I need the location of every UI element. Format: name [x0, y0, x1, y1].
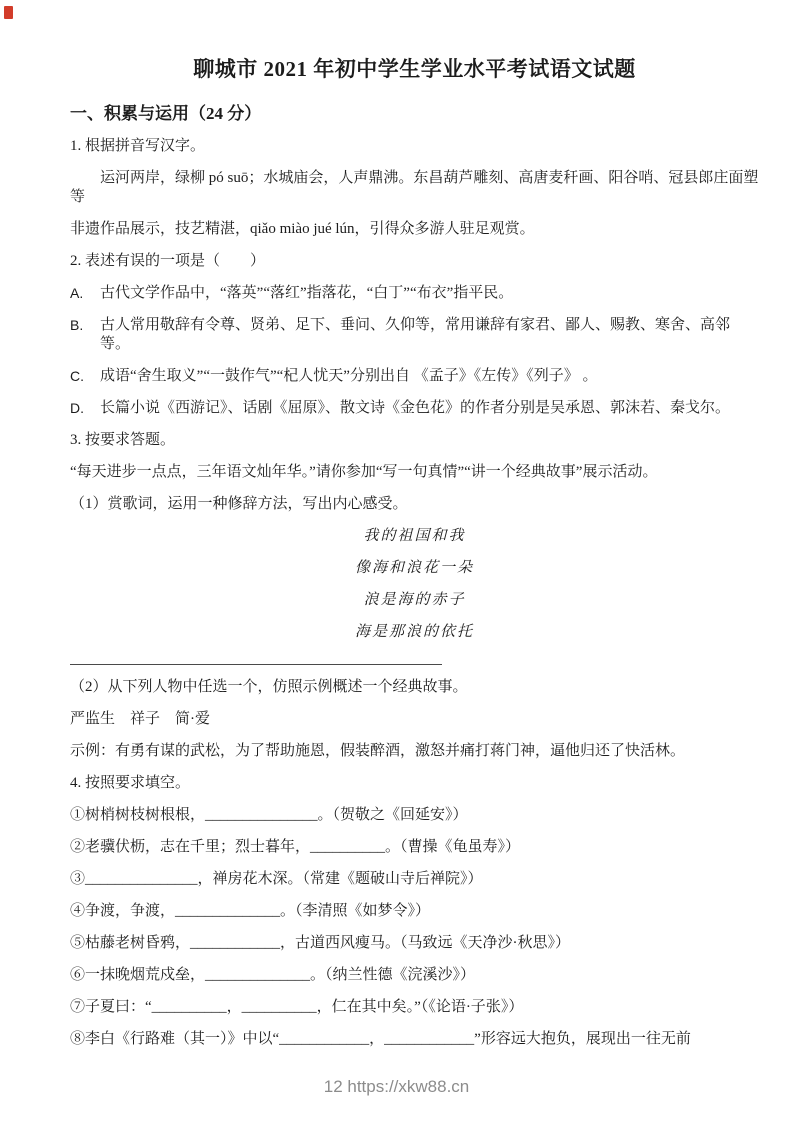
question-3-sub2: （2）从下列人物中任选一个，仿照示例概述一个经典故事。 — [70, 678, 759, 697]
page-title: 聊城市 2021 年初中学生学业水平考试语文试题 — [70, 56, 759, 82]
option-letter: C. — [70, 367, 100, 386]
question-4-item-3: ③_______________，禅房花木深。（常建《题破山寺后禅院》） — [70, 870, 759, 889]
question-4-item-5: ⑤枯藤老树昏鸦，____________，古道西风瘦马。（马致远《天净沙·秋思》… — [70, 934, 759, 953]
question-4-label: 4. 按照要求填空。 — [70, 774, 759, 793]
section-heading: 一、积累与运用（24 分） — [70, 103, 759, 124]
question-3-label: 3. 按要求答题。 — [70, 431, 759, 450]
question-4-item-8: ⑧李白《行路难（其一）》中以“____________，____________… — [70, 1030, 759, 1049]
option-text: 成语“舍生取义”“一鼓作气”“杞人忧天”分别出自 《孟子》《左传》《列子》 。 — [100, 367, 759, 386]
option-letter: A. — [70, 284, 100, 303]
answer-line — [70, 664, 442, 665]
question-3-example: 示例：有勇有谋的武松，为了帮助施恩，假装醉酒，激怒并痛打蒋门神，逼他归还了快活林… — [70, 742, 759, 761]
poem-line: 海是那浪的依托 — [70, 623, 759, 642]
question-4-item-7: ⑦子夏曰：“__________，__________，仁在其中矣。”（《论语·… — [70, 998, 759, 1017]
page-footer: 12 https://xkw88.cn — [0, 1077, 793, 1097]
question-2-option-d: D. 长篇小说《西游记》、话剧《屈原》、散文诗《金色花》的作者分别是吴承恩、郭沫… — [70, 399, 759, 418]
exam-page: 聊城市 2021 年初中学生学业水平考试语文试题 一、积累与运用（24 分） 1… — [0, 56, 793, 1049]
poem-line: 我的祖国和我 — [70, 527, 759, 546]
question-1-paragraph-1: 运河两岸，绿柳 pó suō；水城庙会，人声鼎沸。东昌葫芦雕刻、高唐麦秆画、阳谷… — [70, 169, 759, 207]
question-4-item-1: ①树梢树枝树根根，_______________。（贺敬之《回延安》） — [70, 806, 759, 825]
option-text: 古人常用敬辞有令尊、贤弟、足下、垂问、久仰等，常用谦辞有家君、鄙人、赐教、寒舍、… — [100, 316, 759, 354]
question-2-option-a: A. 古代文学作品中，“落英”“落红”指落花，“白丁”“布衣”指平民。 — [70, 284, 759, 303]
option-text: 长篇小说《西游记》、话剧《屈原》、散文诗《金色花》的作者分别是吴承恩、郭沫若、秦… — [100, 399, 759, 418]
option-text: 古代文学作品中，“落英”“落红”指落花，“白丁”“布衣”指平民。 — [100, 284, 759, 303]
question-4-item-2: ②老骥伏枥，志在千里；烈士暮年，__________。（曹操《龟虽寿》） — [70, 838, 759, 857]
question-2-option-c: C. 成语“舍生取义”“一鼓作气”“杞人忧天”分别出自 《孟子》《左传》《列子》… — [70, 367, 759, 386]
question-3-sub1: （1）赏歌词，运用一种修辞方法，写出内心感受。 — [70, 495, 759, 514]
question-2-label: 2. 表述有误的一项是（ ） — [70, 252, 759, 271]
question-4-item-6: ⑥一抹晚烟荒戍垒，______________。（纳兰性德《浣溪沙》） — [70, 966, 759, 985]
question-1-paragraph-2: 非遗作品展示，技艺精湛，qiǎo miào jué lún，引得众多游人驻足观赏… — [70, 220, 759, 239]
option-letter: D. — [70, 399, 100, 418]
question-3-intro: “每天进步一点点，三年语文灿年华。”请你参加“写一句真情”“讲一个经典故事”展示… — [70, 463, 759, 482]
poem-line: 像海和浪花一朵 — [70, 559, 759, 578]
corner-stamp-icon — [4, 6, 13, 19]
question-2-option-b: B. 古人常用敬辞有令尊、贤弟、足下、垂问、久仰等，常用谦辞有家君、鄙人、赐教、… — [70, 316, 759, 354]
question-1-label: 1. 根据拼音写汉字。 — [70, 137, 759, 156]
poem-line: 浪是海的赤子 — [70, 591, 759, 610]
question-3-name-choices: 严监生 祥子 简·爱 — [70, 710, 759, 729]
option-letter: B. — [70, 316, 100, 354]
question-4-item-4: ④争渡，争渡，______________。（李清照《如梦令》） — [70, 902, 759, 921]
